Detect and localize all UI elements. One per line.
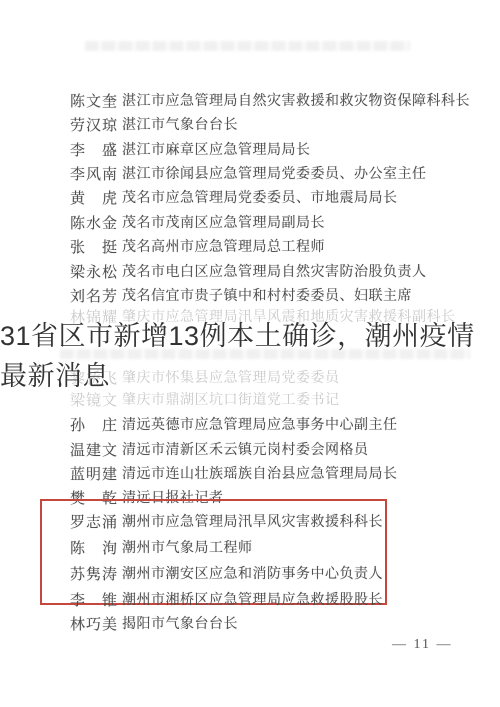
person-name: 张 挺	[70, 236, 118, 257]
person-title: 茂名市电白区应急管理局自然灾害防治股负责人	[122, 261, 427, 281]
person-title: 湛江市麻章区应急管理局局长	[122, 139, 311, 159]
person-name: 罗志涌	[70, 511, 118, 532]
person-title: 潮州市潮安区应急和消防事务中心负责人	[122, 563, 383, 583]
person-title: 揭阳市气象台台长	[122, 613, 238, 633]
person-name: 刘名芳	[70, 285, 118, 306]
person-name: 黄 虎	[70, 187, 118, 208]
person-title: 潮州市气象局工程师	[122, 537, 253, 557]
page-number: — 11 —	[392, 637, 452, 653]
person-title: 茂名高州市应急管理局总工程师	[122, 236, 325, 256]
person-title: 湛江市气象台台长	[122, 114, 238, 134]
person-name: 梁永松	[70, 261, 118, 282]
person-name: 蓝明建	[70, 463, 118, 484]
person-name: 林巧美	[70, 613, 118, 634]
document-page: 陈文奎湛江市应急管理局自然灾害救援和救灾物资保障科科长 劳汉琼湛江市气象台台长 …	[0, 0, 500, 707]
person-title: 清远英德市应急管理局应急事务中心副主任	[122, 414, 398, 434]
person-name: 孙 庄	[70, 414, 118, 435]
person-title: 清远市连山壮族瑶族自治县应急管理局局长	[122, 463, 398, 483]
person-title: 潮州市应急管理局汛旱风灾害救援科科长	[122, 511, 383, 531]
person-name: 温建文	[70, 439, 118, 460]
person-title: 潮州市湘桥区应急管理局应急救援股股长	[122, 589, 383, 609]
person-title: 茂名市应急管理局党委委员、市地震局局长	[122, 187, 398, 207]
person-name: 陈文奎	[70, 90, 118, 111]
news-headline: 31省区市新增13例本土确诊，潮州疫情最新消息	[0, 316, 500, 396]
person-name: 苏隽涛	[70, 563, 118, 584]
person-name: 陈水金	[70, 212, 118, 233]
faded-scan-artifact-top	[85, 41, 410, 51]
person-title: 茂名信宜市贵子镇中和村村委委员、妇联主席	[122, 285, 412, 305]
person-title: 湛江市徐闻县应急管理局党委委员、办公室主任	[122, 163, 427, 183]
person-title: 茂名市茂南区应急管理局副局长	[122, 212, 325, 232]
person-name: 劳汉琼	[70, 114, 118, 135]
person-name: 陈 洵	[70, 537, 118, 558]
person-name: 李风南	[70, 163, 118, 184]
person-title: 清远市清新区禾云镇元岗村委会网格员	[122, 439, 369, 459]
person-name: 李 锥	[70, 589, 118, 610]
person-title: 湛江市应急管理局自然灾害救援和救灾物资保障科科长	[122, 90, 470, 110]
person-name: 李 盛	[70, 139, 118, 160]
